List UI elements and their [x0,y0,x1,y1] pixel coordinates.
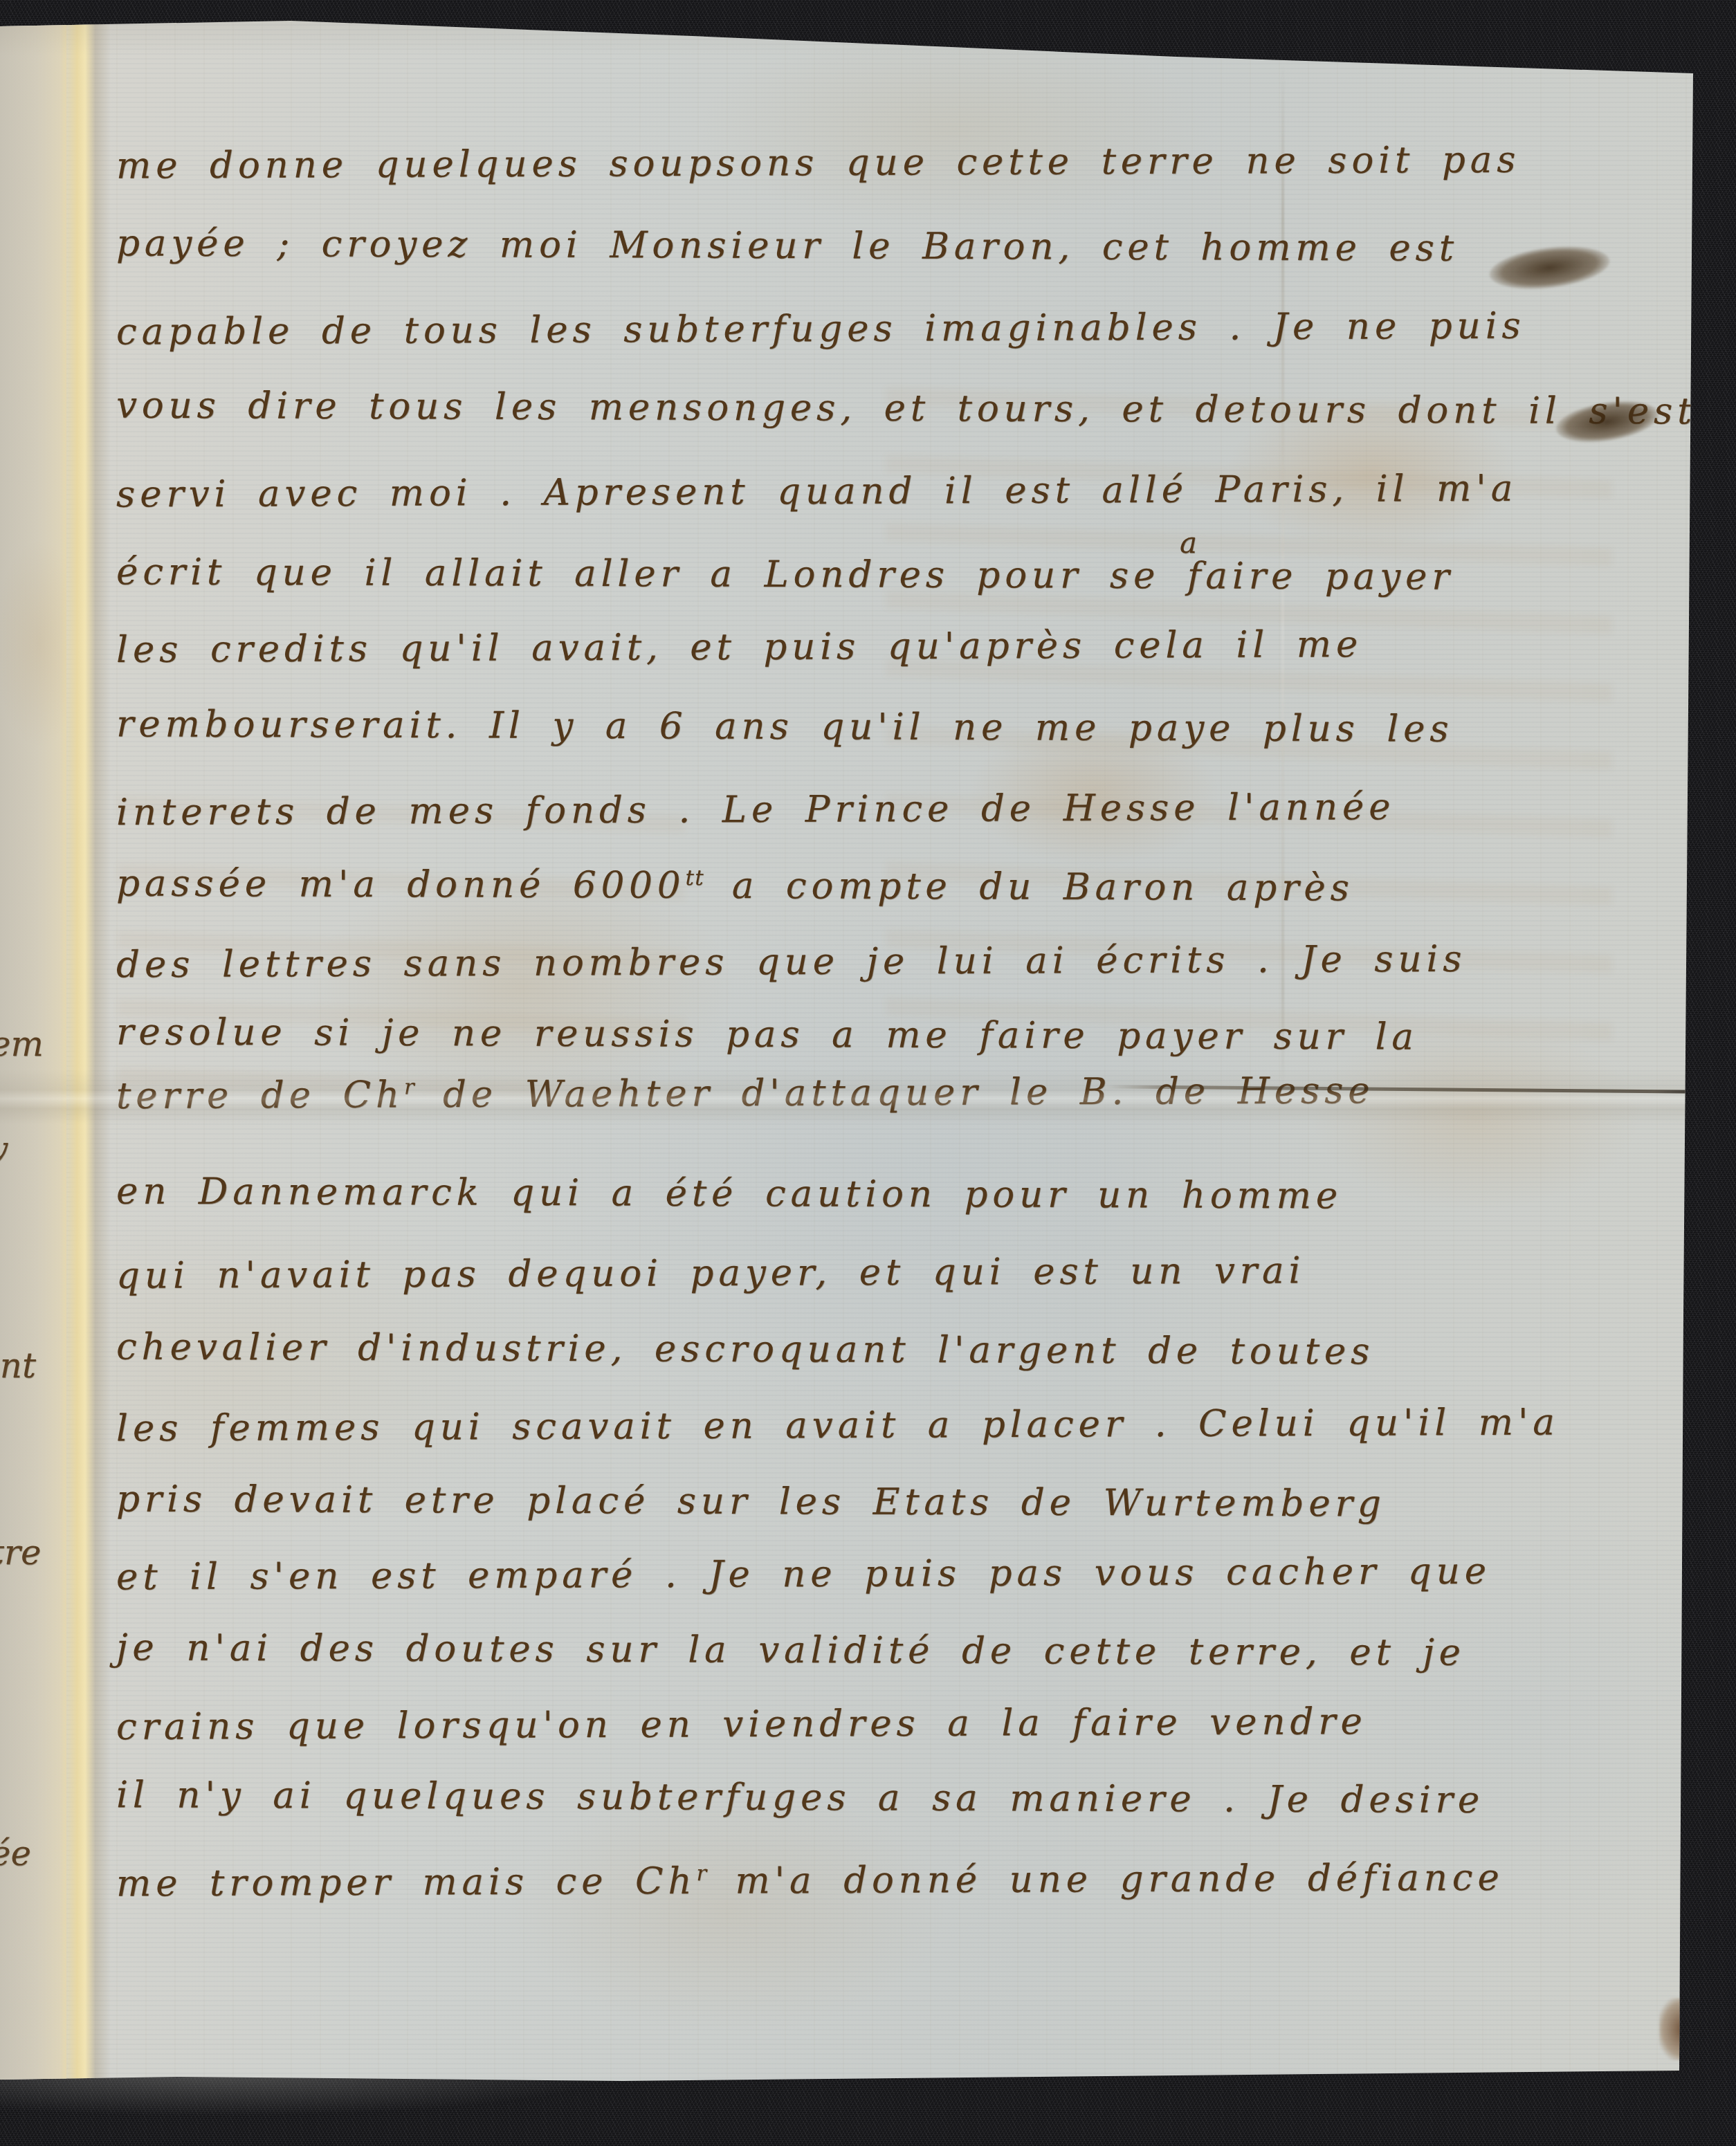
line-text: pris devait etre placé sur les Etats de … [116,1478,1386,1525]
letter-line-3: capable de tous les subterfuges imaginab… [116,305,1526,354]
margin-fragment: e [0,484,52,524]
letter-line-4: vous dire tous les mensonges, et tours, … [116,385,1697,433]
letter-line-5: servi avec moi . Apresent quand il est a… [116,468,1517,516]
letter-line-10: passée m'a donné 6000tt a compte du Baro… [116,863,1354,910]
line-text: qui n'avait pas dequoi payer, et qui est… [116,1249,1306,1296]
margin-fragment: s [0,228,52,268]
line-text: vous dire tous les mensonges, et tours, … [116,385,1697,433]
line-text: je n'ai des doutes sur la validité de ce… [116,1626,1465,1673]
line-text: passée m'a donné 6000 [116,863,686,907]
letter-sheet: s e lem w ant ltre lée me donne quelques… [0,0,1736,2146]
letter-line-11: des lettres sans nombres que je lui ai é… [116,938,1467,987]
line-text: me donne quelques soupsons que cette ter… [116,139,1520,187]
line-text: me tromper mais ce Ch [116,1860,697,1905]
line-text: rembourserait. Il y a 6 ans qu'il ne me … [116,703,1454,750]
line-text: payée ; croyez moi Monsieur le Baron, ce… [116,222,1459,269]
letter-line-15: qui n'avait pas dequoi payer, et qui est… [116,1249,1306,1296]
line-text: capable de tous les subterfuges imaginab… [116,305,1526,354]
line-text: écrit que il allait aller a Londres pour… [116,551,1454,598]
margin-fragment: ant [0,1346,52,1386]
paper-drop-shadow [0,2072,761,2131]
letter-line-20: je n'ai des doutes sur la validité de ce… [116,1626,1465,1673]
letter-line-12: resolue si je ne reussis pas a me faire … [116,1011,1418,1058]
line-text: m'a donné une grande défiance [708,1857,1504,1902]
line-text: les credits qu'il avait, et puis qu'aprè… [116,623,1362,671]
superscript: r [696,1861,707,1886]
line-text: les femmes qui scavait en avait a placer… [116,1401,1560,1449]
letter-line-8: rembourserait. Il y a 6 ans qu'il ne me … [116,703,1454,750]
letter-line-7: les credits qu'il avait, et puis qu'aprè… [116,623,1362,671]
line-text: et il s'en est emparé . Je ne puis pas v… [116,1550,1491,1599]
edge-stain [1659,1998,1692,2060]
letter-line-19: et il s'en est emparé . Je ne puis pas v… [116,1550,1491,1599]
line-text: a compte du Baron après [704,865,1354,910]
letter-line-17: les femmes qui scavait en avait a placer… [116,1401,1560,1449]
line-text: des lettres sans nombres que je lui ai é… [116,938,1467,987]
line-text: crains que lorsqu'on en viendres a la fa… [116,1700,1367,1748]
letter-line-21: crains que lorsqu'on en viendres a la fa… [116,1700,1367,1748]
line-text: en Dannemarck qui a été caution pour un … [116,1171,1342,1218]
margin-fragment: w [0,1129,52,1169]
fold-crease-band [0,1069,1736,1124]
line-text: resolue si je ne reussis pas a me faire … [116,1011,1418,1058]
letter-line-2: payée ; croyez moi Monsieur le Baron, ce… [116,222,1459,269]
letter-line-14: en Dannemarck qui a été caution pour un … [116,1171,1342,1218]
letter-line-22: il n'y ai quelques subterfuges a sa mani… [116,1774,1484,1822]
letter-line-9: interets de mes fonds . Le Prince de Hes… [116,786,1396,834]
letter-line-1: me donne quelques soupsons que cette ter… [116,139,1520,187]
letter-line-6: écrit que il allait aller a Londres pour… [116,551,1454,598]
letter-line-18: pris devait etre placé sur les Etats de … [116,1478,1386,1525]
line-text: chevalier d'industrie, escroquant l'arge… [116,1326,1374,1373]
letter-line-23: me tromper mais ce Chr m'a donné une gra… [116,1857,1504,1905]
scan-stage: s e lem w ant ltre lée me donne quelques… [0,0,1736,2146]
superscript: tt [685,865,704,890]
line-text: servi avec moi . Apresent quand il est a… [116,468,1517,516]
inserted-letter-a: a [1180,526,1197,560]
letter-line-16: chevalier d'industrie, escroquant l'arge… [116,1326,1374,1373]
margin-fragment: lem [0,1024,52,1064]
line-text: il n'y ai quelques subterfuges a sa mani… [116,1774,1484,1822]
margin-fragment: lée [0,1833,52,1873]
line-text: interets de mes fonds . Le Prince de Hes… [116,786,1396,834]
ink-blot [1487,241,1612,295]
margin-fragment: ltre [0,1532,52,1572]
